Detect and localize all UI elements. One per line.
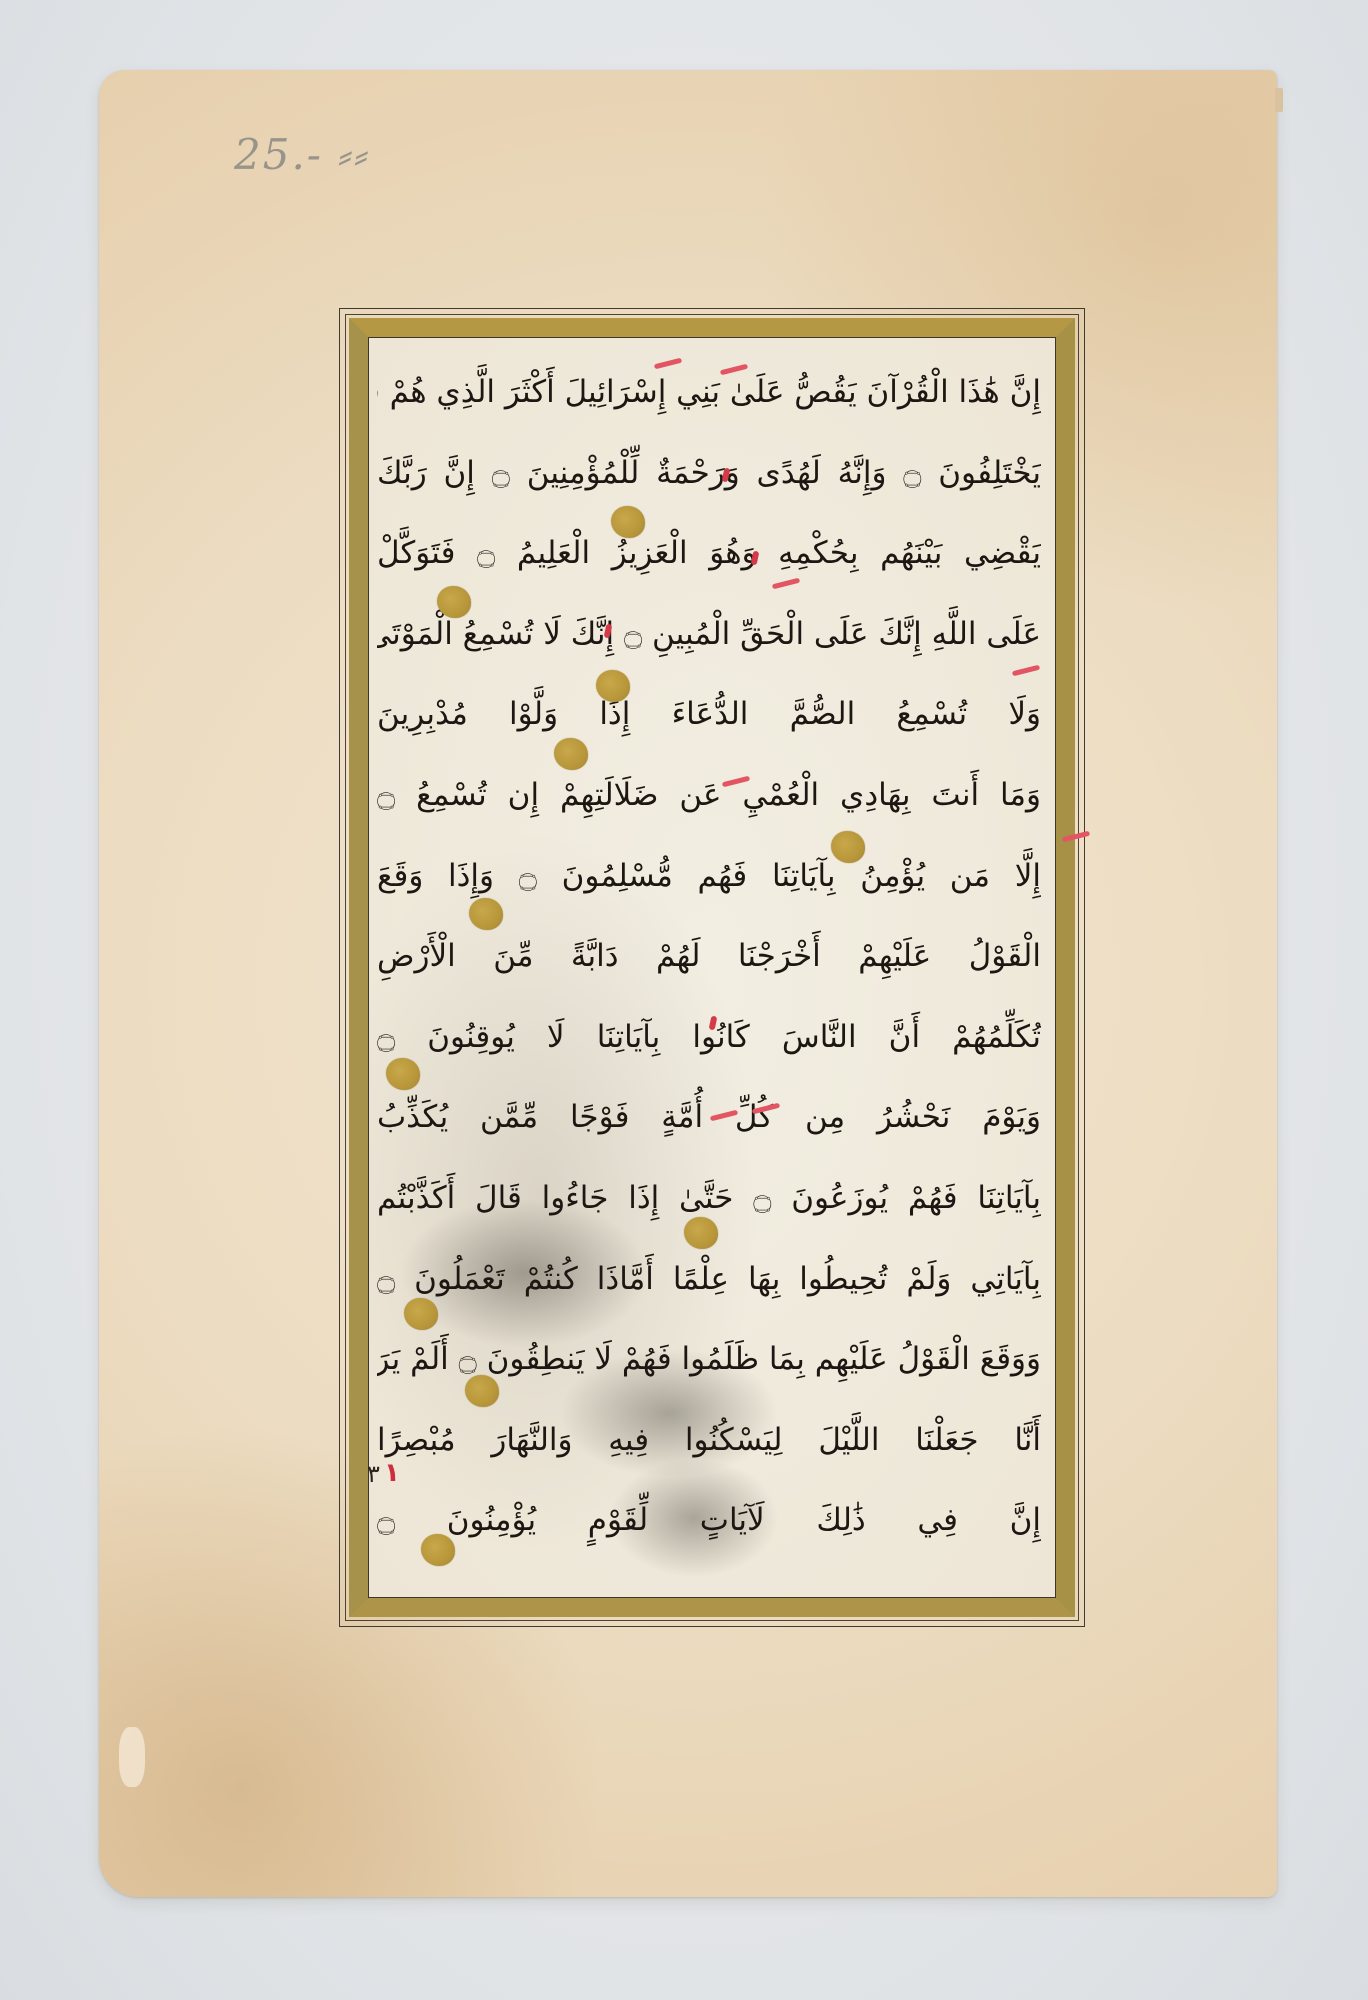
pencil-annotation: 25.- ⸗⸗ (234, 130, 370, 180)
verse-marker-icon (437, 586, 471, 618)
verse-marker-icon (404, 1298, 438, 1330)
text-line-6: وَمَا أَنتَ بِهَادِي الْعُمْيِ عَن ضَلَا… (377, 749, 1041, 830)
paper-edge-tear (1275, 88, 1283, 112)
text-line-1: إِنَّ هَٰذَا الْقُرْآنَ يَقُصُّ عَلَىٰ ب… (377, 346, 1041, 427)
text-lines: إِنَّ هَٰذَا الْقُرْآنَ يَقُصُّ عَلَىٰ ب… (377, 346, 1041, 1555)
text-line-15: إِنَّ فِي ذَٰلِكَ لَآيَاتٍ لِّقَوْمٍ يُؤ… (377, 1474, 1041, 1555)
text-line-4: عَلَى اللَّهِ إِنَّكَ عَلَى الْحَقِّ الْ… (377, 588, 1041, 669)
verse-marker-icon (465, 1375, 499, 1407)
verse-marker-icon (596, 670, 630, 702)
verse-marker-icon (386, 1058, 420, 1090)
verse-marker-icon (421, 1534, 455, 1566)
text-line-5: وَلَا تُسْمِعُ الصُّمَّ الدُّعَاءَ إِذَا… (377, 668, 1041, 749)
verse-marker-icon (554, 738, 588, 770)
margin-black-numeral: ٣ (367, 1460, 380, 1488)
verse-marker-icon (831, 831, 865, 863)
text-line-7: إِلَّا مَن يُؤْمِنُ بِآيَاتِنَا فَهُم مُ… (377, 830, 1041, 911)
text-line-2: يَخْتَلِفُونَ ۝ وَإِنَّهُ لَهُدًى وَرَحْ… (377, 427, 1041, 508)
verse-marker-icon (469, 898, 503, 930)
verse-marker-icon (684, 1217, 718, 1249)
text-panel: إِنَّ هَٰذَا الْقُرْآنَ يَقُصُّ عَلَىٰ ب… (368, 337, 1056, 1598)
text-line-3: يَقْضِي بَيْنَهُم بِحُكْمِهِ وَهُوَ الْع… (377, 507, 1041, 588)
text-line-9: تُكَلِّمُهُمْ أَنَّ النَّاسَ كَانُوا بِآ… (377, 991, 1041, 1072)
text-line-10: وَيَوْمَ نَحْشُرُ مِن كُلِّ أُمَّةٍ فَوْ… (377, 1071, 1041, 1152)
margin-red-numeral: ١ (384, 1458, 400, 1488)
verse-marker-icon (611, 506, 645, 538)
